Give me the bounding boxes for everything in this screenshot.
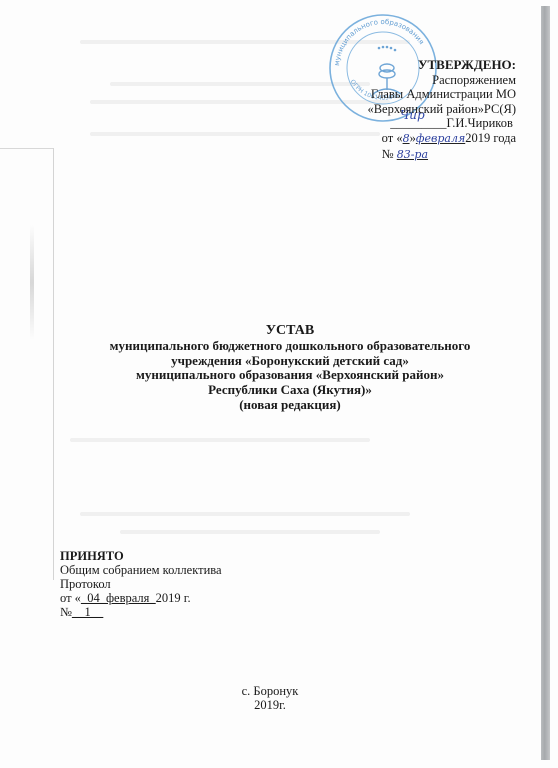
accepted-line: Протокол: [60, 577, 222, 591]
approval-line: «Верхоянский район»РС(Я): [364, 102, 516, 117]
title-line: (новая редакция): [0, 398, 558, 413]
title-line: муниципального образования «Верхоянский …: [0, 368, 558, 383]
approval-number-line: № 83-ра: [364, 147, 516, 163]
date-prefix: от «: [382, 131, 403, 145]
approval-line: Распоряжением: [364, 73, 516, 88]
approval-date-line: от «8»февраля2019 года: [364, 131, 516, 147]
date-suffix: 2019 г.: [156, 591, 191, 605]
signatory-name: Г.И.Чириков: [446, 116, 512, 130]
bleed-through: [120, 530, 380, 534]
scan-smudge: [30, 225, 34, 340]
footer-block: с. Боронук 2019г.: [0, 684, 540, 712]
scan-line-top-left: [0, 148, 53, 149]
number-prefix: №: [60, 605, 72, 619]
approval-block: УТВЕРЖДЕНО: Распоряжением Главы Админист…: [364, 58, 516, 162]
date-prefix: от «: [60, 591, 81, 605]
approval-title: УТВЕРЖДЕНО:: [364, 58, 516, 73]
title-line: муниципального бюджетного дошкольного об…: [0, 339, 558, 354]
handwritten-number: 83-ра: [397, 148, 428, 161]
accepted-block: ПРИНЯТО Общим собранием коллектива Прото…: [60, 549, 222, 619]
signature-blank: _________: [390, 116, 446, 130]
title-line: Республики Саха (Якутия)»: [0, 383, 558, 398]
handwritten-day: 8: [403, 132, 410, 145]
document-title-block: УСТАВ муниципального бюджетного дошкольн…: [0, 324, 558, 413]
bleed-through: [70, 438, 370, 442]
document-title: УСТАВ: [0, 324, 558, 339]
bleed-through: [80, 512, 410, 516]
accepted-date: _04_февраля_: [81, 591, 156, 605]
document-page: муниципального образования ОГРН 10614090…: [0, 0, 558, 768]
date-suffix: 2019 года: [465, 131, 516, 145]
number-prefix: №: [382, 147, 397, 161]
accepted-line: Общим собранием коллектива: [60, 563, 222, 577]
approval-signatory-line: _________Г.И.Чириков: [364, 116, 516, 131]
footer-year: 2019г.: [0, 698, 540, 712]
footer-place: с. Боронук: [0, 684, 540, 698]
title-line: учреждения «Боронукский детский сад»: [0, 354, 558, 369]
accepted-date-line: от «_04_февраля_2019 г.: [60, 591, 222, 605]
bleed-through: [90, 132, 380, 136]
accepted-number: __1__: [72, 605, 103, 619]
accepted-number-line: №__1__: [60, 605, 222, 619]
accepted-title: ПРИНЯТО: [60, 549, 222, 563]
handwritten-month: февраля: [416, 132, 465, 145]
approval-line: Главы Администрации МО: [364, 87, 516, 102]
